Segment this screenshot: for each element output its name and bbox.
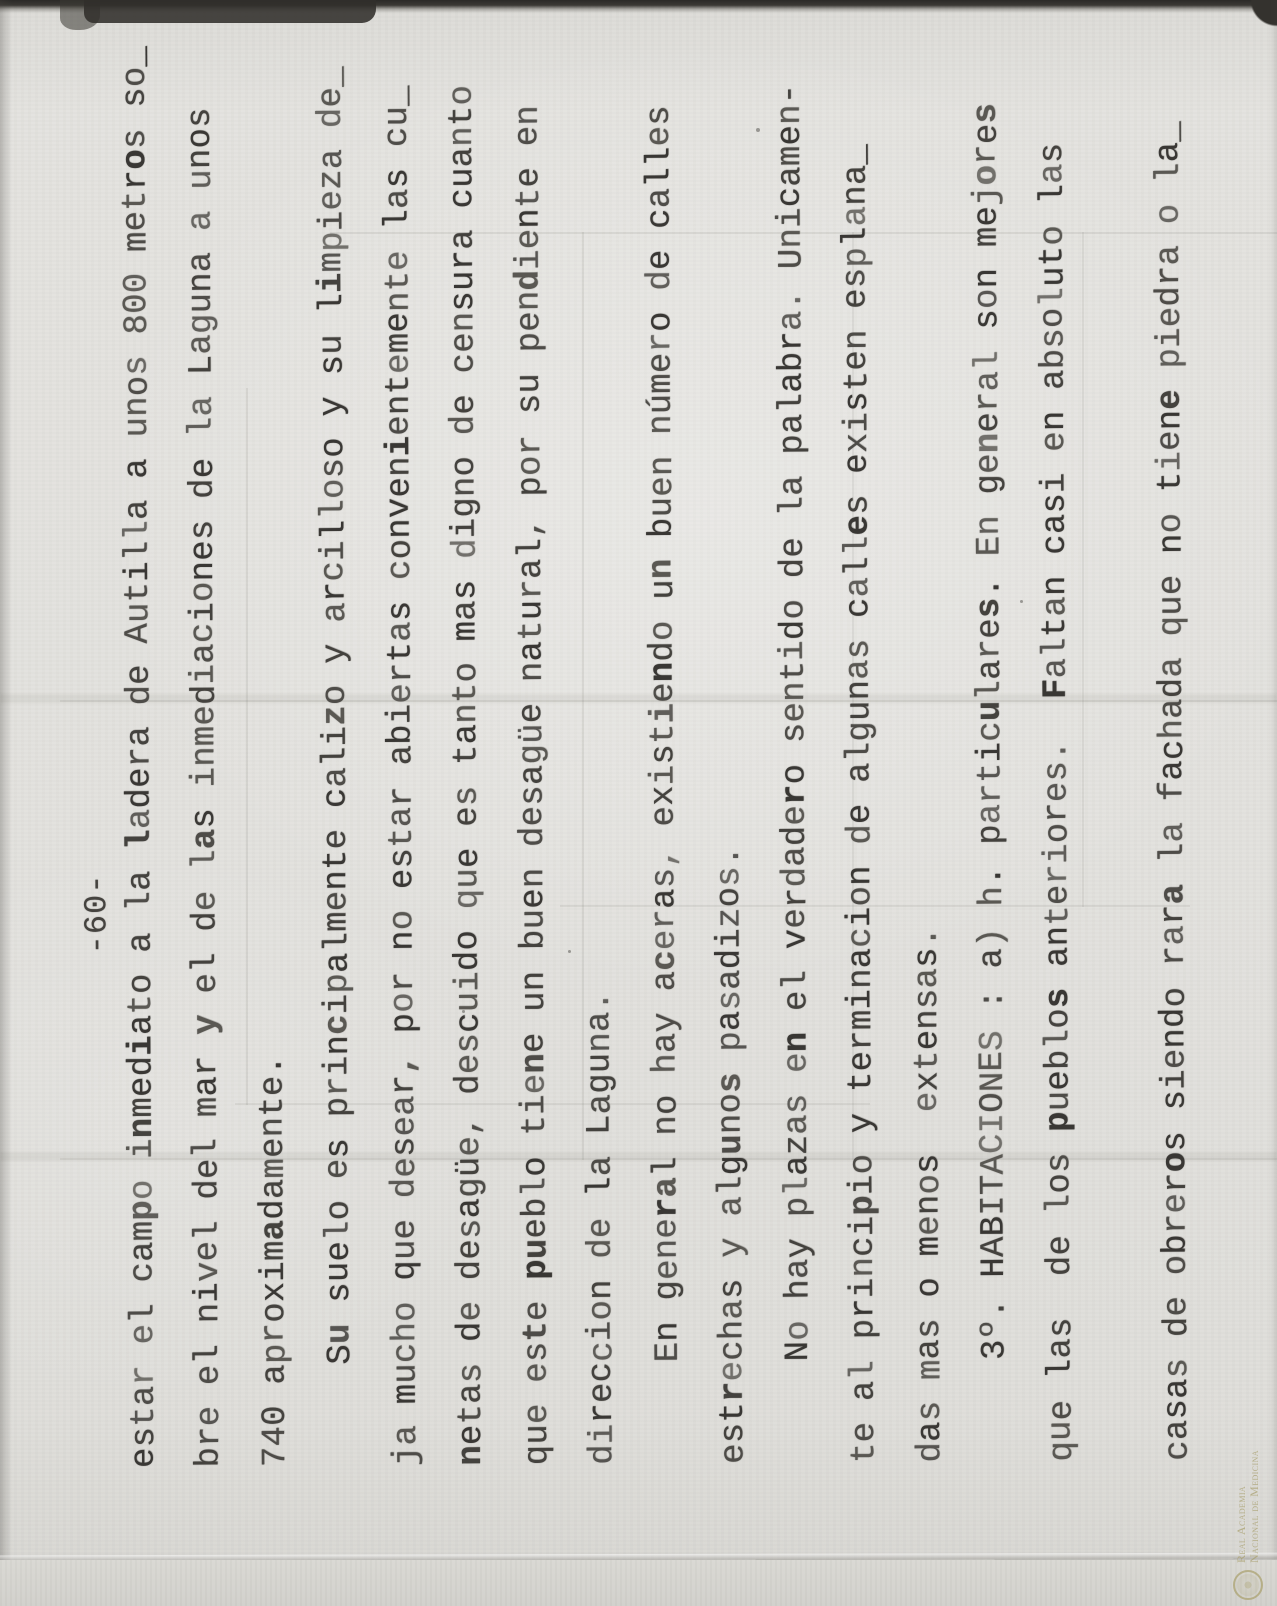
- typed-line: estrechas y algunos pasadizos.: [708, 845, 756, 1464]
- typed-line: 3º. HABITACIONES : a) h. particulares. E…: [965, 103, 1018, 1360]
- scan-edge-bottom: [0, 1560, 1277, 1606]
- typewritten-page: -60- estar el campo inmediato a la lader…: [0, 0, 1277, 1600]
- typed-line: bre el nivel del mar y el de las inmedia…: [179, 107, 232, 1467]
- typed-line: netas de desagüe, descuido que es tanto …: [441, 85, 495, 1466]
- typed-line: que las de los pueblos anteriores. Falta…: [1031, 142, 1084, 1461]
- seal-icon: [1233, 1570, 1263, 1600]
- typed-line: casas de obreros siendo rara la fachada …: [1147, 121, 1200, 1461]
- typed-line: que este pueblo tiene un buen desagüe na…: [507, 105, 560, 1465]
- typed-line: estar el campo inmediato a la ladera de …: [113, 46, 167, 1468]
- typed-line: das mas o menos extensas.: [905, 927, 953, 1463]
- typed-line: No hay plazas en el verdadero sentido de…: [769, 84, 822, 1362]
- typed-line: ja mucho que desear, por no estar abiert…: [376, 85, 430, 1466]
- typed-line: 740 aproximadamente.: [251, 1055, 298, 1467]
- archive-stamp: Real Academia Nacional de Medicina: [1220, 1404, 1276, 1600]
- stamp-line-2: Nacional de Medicina: [1248, 1450, 1261, 1563]
- scan-edge-left: [0, 0, 12, 1606]
- typed-line: te al principio y terminacion de algunas…: [834, 144, 887, 1463]
- scan-edge-right: [1269, 0, 1277, 1606]
- typed-line: Su suelo es principalmente calizo y arci…: [309, 66, 362, 1365]
- scan-edge-blotch: [84, 0, 376, 23]
- typed-line: En general no hay aceras, existiendo un …: [638, 105, 691, 1362]
- page-number: -60-: [78, 873, 116, 954]
- scanned-document-page: -60- estar el campo inmediato a la lader…: [0, 0, 1277, 1606]
- typed-line: direccion de la Laguna.: [578, 991, 625, 1465]
